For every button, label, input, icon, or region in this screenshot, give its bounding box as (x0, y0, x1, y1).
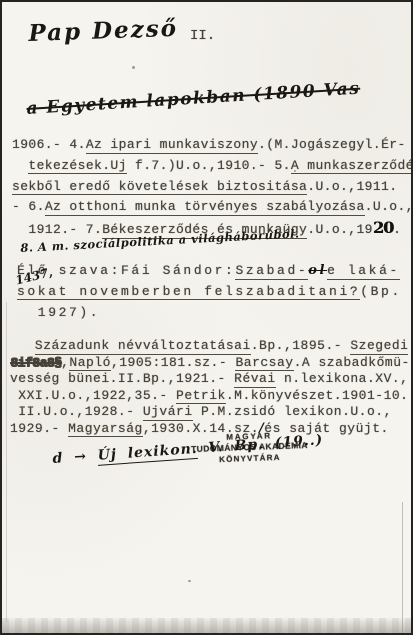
typed-line: sekből eredő követelések biztositása.U.o… (12, 177, 413, 198)
typed-line: 1906.- 4.Az ipari munkaviszony.(M.Jogász… (12, 135, 413, 156)
typed-text: vesség bünei.II.Bp.,1921.- (10, 371, 234, 386)
bottom-note-start: d → (52, 448, 98, 467)
typed-text: 1929.- (10, 421, 68, 436)
typed-text (10, 338, 35, 353)
typed-text: .U.o.,1911. (307, 179, 397, 194)
typed-line: 1927). (17, 303, 402, 324)
typed-line: Századunk névváltoztatásai.Bp.,1895.- Sz… (10, 338, 410, 355)
typed-text: .U.o.,19 (307, 222, 373, 237)
underlined-text: Barcsay (235, 355, 293, 372)
paper-crease-line (6, 302, 7, 622)
typed-line: - 6.Az otthoni munka törvényes szabályoz… (12, 197, 413, 218)
typed-line: tekezések.Uj f.7.)U.o.,1910.- 5.A munkas… (12, 156, 413, 177)
card-owner-name-handwritten: Pap Dezső (28, 15, 178, 47)
annotated-text: 8if8a8§ (10, 355, 61, 370)
typed-text: 1906.- 4. (12, 137, 86, 152)
typed-text: 1927). (17, 305, 100, 320)
typed-text: - 6. (12, 199, 45, 214)
underlined-text: Ujvári (143, 404, 193, 421)
underlined-text: Magyarság (68, 421, 143, 438)
typed-text: ,1905:181.sz.- (111, 355, 236, 370)
underlined-text: Szabad- (235, 263, 308, 280)
typed-text: f.7.)U.o.,1910.- 5. (127, 158, 291, 173)
typed-bibliography-block-works: 1906.- 4.Az ipari munkaviszony.(M.Jogász… (12, 135, 413, 241)
typed-text: (Bp. (360, 284, 402, 299)
paper-speck (188, 580, 191, 582)
catalog-card: Pap Dezső II. a Egyetem lapokban (1890 V… (0, 0, 413, 635)
typed-line: 8if8a8§,Napló,1905:181.sz.- Barcsay.A sz… (10, 355, 410, 372)
card-right-edge-shadow (402, 502, 403, 635)
underlined-text: sekből eredő követelések biztositása (12, 179, 307, 196)
scan-bottom-shadow (2, 618, 411, 633)
annotated-text: 20 (373, 218, 393, 237)
underlined-text: Révai (234, 371, 276, 388)
typed-text: II.U.o.,1928.- (10, 404, 143, 419)
typed-text: . (393, 222, 401, 237)
typed-line: sokat novemberben felszabaditani?(Bp. (17, 282, 402, 303)
typed-line: XXI.U.o.,1922,35.- Petrik.M.könyvészet.1… (10, 388, 410, 405)
typed-text: .M.könyvészet.1901-10. (226, 388, 409, 403)
typed-bibliography-block-elo-szava: Élő szava:Fái Sándor:Szabad-ole laká-sok… (17, 261, 402, 323)
paper-speck (294, 170, 296, 172)
typed-line: Élő szava:Fái Sándor:Szabad-ole laká- (17, 261, 402, 282)
paper-speck (132, 66, 135, 69)
underlined-text: Napló (69, 355, 111, 372)
typed-text (12, 158, 28, 173)
typed-line: II.U.o.,1928.- Ujvári P.M.zsidó lexikon.… (10, 404, 410, 421)
underlined-text: Az otthoni munka törvényes szabályozása (45, 199, 365, 216)
underlined-text: sokat novemberben felszabaditani? (17, 284, 360, 301)
typed-text: .U.o., (365, 199, 413, 214)
underlined-text: Az ipari munkaviszony (86, 137, 258, 154)
typed-text: .(M.Jogászegyl.Ér- (258, 137, 406, 152)
underlined-text: Petrik (176, 388, 226, 405)
typed-line: vesség bünei.II.Bp.,1921.- Révai n.lexik… (10, 371, 410, 388)
underlined-text: tekezések.Uj (28, 158, 126, 175)
annotated-text: ol (308, 263, 327, 278)
typed-text: 1912.- 7. (12, 222, 102, 237)
typed-text: n.lexikona.XV., (276, 371, 409, 386)
underlined-text: Századunk névváltoztatásai (35, 338, 251, 355)
underlined-text: Szegedi (350, 338, 408, 355)
crossed-out-handwritten-note: a Egyetem lapokban (1890 Vas (26, 79, 361, 119)
typed-text: .Bp.,1895.- (251, 338, 351, 353)
typed-text: .A szabadkőmü- (294, 355, 410, 370)
typed-bibliography-block-sources: Századunk névváltoztatásai.Bp.,1895.- Sz… (10, 338, 410, 438)
card-sequence-numeral: II. (190, 28, 215, 44)
typed-text: XXI.U.o.,1922,35.- (10, 388, 176, 403)
typed-text: P.M.zsidó lexikon.U.o., (193, 404, 392, 419)
underlined-text: e laká- (327, 263, 400, 280)
underlined-text: A munkaszerződé- (291, 158, 413, 175)
